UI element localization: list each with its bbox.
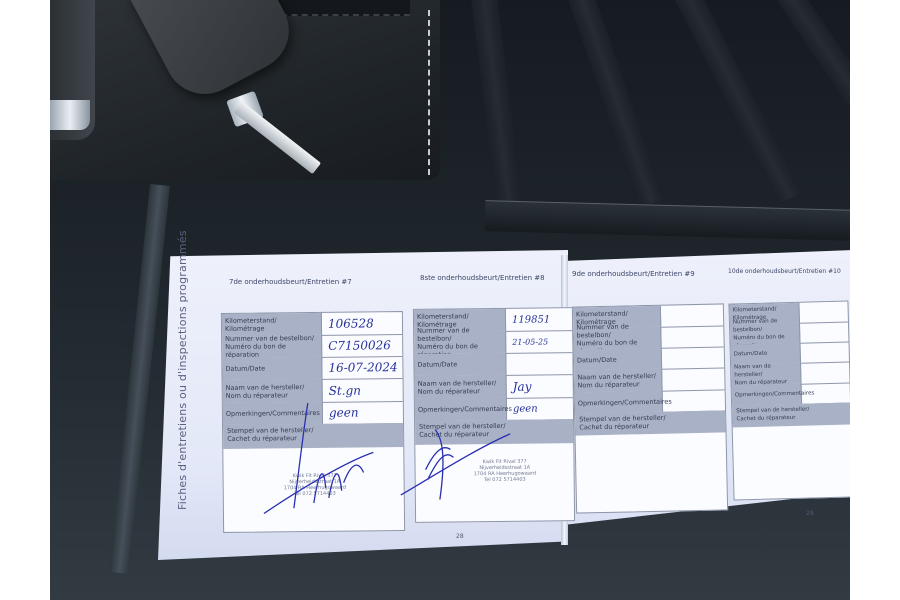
maintenance-booklet: Fiches d'entretiens ou d'inspections pro… <box>158 250 848 570</box>
opmerkingen-value <box>802 382 850 403</box>
datum-value <box>662 346 724 368</box>
service-form-entry-8: Kilometerstand/Kilométrage 119851 Nummer… <box>413 307 575 523</box>
hersteller-value <box>662 367 724 390</box>
entry-title: 10de onderhoudsbeurt/Entretien #10 <box>728 268 841 275</box>
service-form-entry-7: Kilometerstand/Kilométrage 106528 Nummer… <box>221 311 405 533</box>
hersteller-value <box>801 361 850 383</box>
datum-value <box>800 341 849 362</box>
bestelbon-value <box>800 321 849 342</box>
order-label-nl: Nummer van de bestelbon/ <box>576 321 657 339</box>
repairer-label-fr: Nom du réparateur <box>577 380 658 390</box>
signature <box>414 308 574 522</box>
photo-scene: Fiches d'entretiens ou d'inspections pro… <box>50 0 850 600</box>
service-form-entry-9: Kilometerstand/Kilométrage Nummer van de… <box>572 303 728 513</box>
remarks-label: Opmerkingen/Commentaires <box>578 397 659 407</box>
stamp-label-fr: Cachet du réparateur <box>579 421 721 432</box>
remarks-label: Opmerkingen/Commentaires <box>735 390 798 400</box>
kilometerstand-value <box>799 301 848 322</box>
pad-stitching <box>428 10 430 175</box>
repairer-label-nl: Naam van de hersteller/ <box>734 361 797 379</box>
date-label: Datum/Date <box>577 354 658 364</box>
service-form-entry-10: Kilometerstand/Kilométrage Nummer van de… <box>728 300 850 500</box>
page-number-left: 28 <box>456 533 464 540</box>
entry-title: 9de onderhoudsbeurt/Entretien #9 <box>572 270 695 278</box>
entry-title: 8ste onderhoudsbeurt/Entretien #8 <box>420 274 545 282</box>
second-key-fob <box>50 0 95 140</box>
bestelbon-value <box>661 325 723 347</box>
signature <box>222 312 404 532</box>
fob-chrome <box>50 100 90 130</box>
date-label: Datum/Date <box>734 349 797 359</box>
kilometerstand-value <box>661 304 723 326</box>
booklet-side-title: Fiches d'entretiens ou d'inspections pro… <box>176 230 189 510</box>
page-number-right: 29 <box>806 510 814 517</box>
order-label-nl: Nummer van de bestelbon/ <box>733 317 796 335</box>
opmerkingen-value <box>663 389 725 411</box>
entry-title: 7de onderhoudsbeurt/Entretien #7 <box>229 278 352 286</box>
stamp-label-fr: Cachet du réparateur <box>736 413 846 424</box>
